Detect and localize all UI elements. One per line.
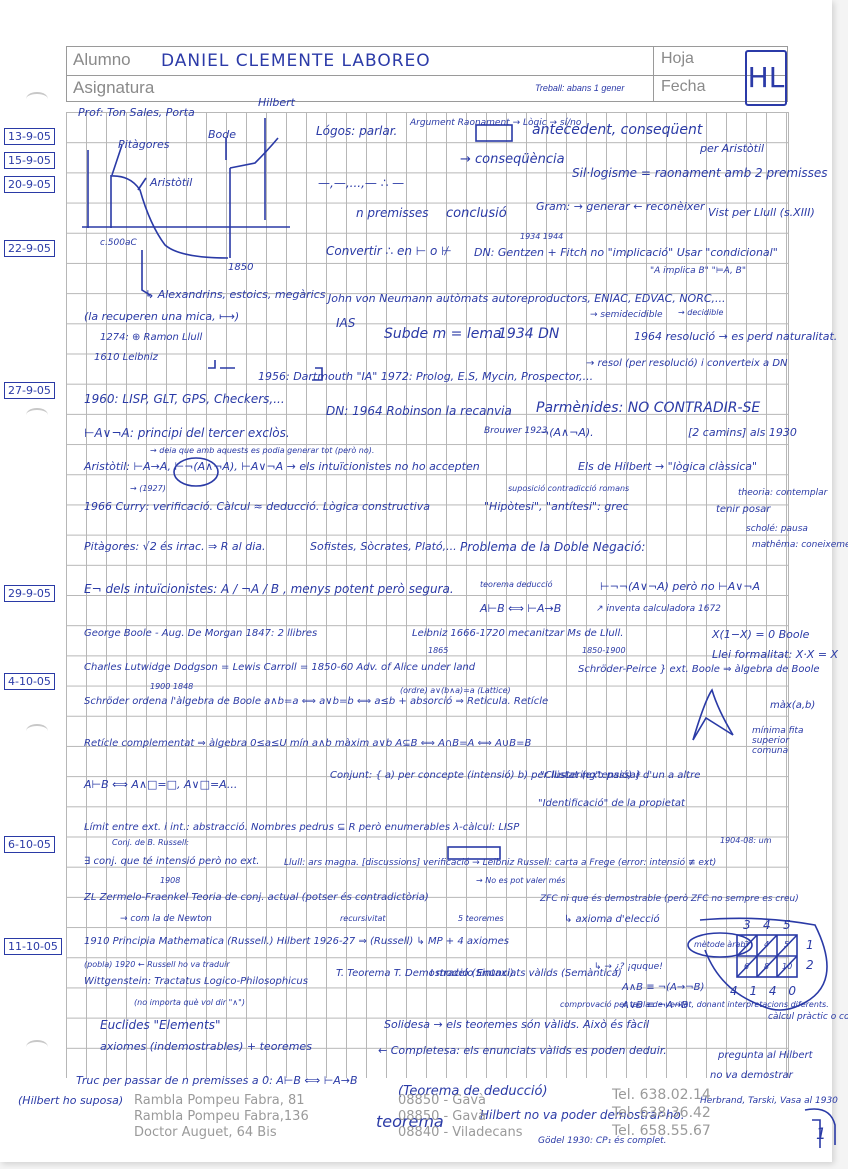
note-line: 1934 DN (498, 326, 559, 342)
footer-cities: 08850 - Gavà 08850 - Gavà 08840 - Vilade… (398, 1093, 522, 1141)
note-line: Convertir ∴ en ⊢ o ⊬ (326, 244, 452, 258)
footer-phone: Tel. 638.02.14 (612, 1086, 711, 1104)
note-line: E¬ dels intuïcionistes: A / ¬A / B , men… (84, 582, 454, 596)
note-line: Solidesa → els teoremes són vàlids. Això… (384, 1018, 649, 1031)
timeline-note: 1274: ⊕ Ramon Llull (100, 332, 202, 343)
note-line: 1910 Principia Mathematica (Russell.) Hi… (84, 936, 509, 947)
note-line: teorema deducció (480, 580, 552, 589)
note-line: X(1−X) = 0 Boole (712, 628, 809, 641)
note-line: Límit entre ext. i int.: abstracció. Nom… (84, 822, 519, 833)
note-line: no va demostrar (710, 1070, 793, 1081)
note-line: DN: Gentzen + Fitch no "implicació" Usar… (474, 246, 778, 259)
note-line: → (1927) (130, 484, 166, 493)
timeline-label-500bc: c.500aC (100, 238, 137, 248)
note-line: → com la de Newton (120, 914, 212, 924)
prof-note: Prof: Ton Sales, Porta (78, 106, 195, 119)
note-line: (no importa què vol dir "∧") (134, 998, 245, 1007)
note-line: (ordre) a∨(b∧a)=a (Lattice) (400, 686, 511, 695)
note-line: "Clustering": passar d'un a altre (540, 770, 700, 781)
footer-phones: Tel. 638.02.14 Tel. 638.36.42 Tel. 658.5… (612, 1086, 711, 1140)
note-line: Charles Lutwidge Dodgson = Lewis Carroll… (84, 662, 475, 673)
footer-phone: Tel. 658.55.67 (612, 1122, 711, 1140)
note-line: Leibniz 1666-1720 mecanitzar Ms de Llull… (412, 628, 623, 639)
note-line: Truc per passar de n premisses a 0: A⊢B … (76, 1074, 358, 1087)
mult-table-cell: 5 (784, 940, 789, 949)
page-number: 1 (816, 1124, 826, 1143)
note-line: Llull: ars magna. [discussions] verifica… (284, 858, 716, 868)
note-line: → No es pot valer més (476, 876, 565, 885)
note-line: 1934 1944 (520, 232, 563, 241)
note-line: A∧B ≡ ¬(A→¬B) (622, 982, 704, 993)
note-line: conclusió (446, 206, 507, 221)
note-line: n premisses (356, 206, 429, 220)
note-line: DN: 1964 Robinson la recanvia (326, 404, 512, 418)
note-line: suposició contradicció romans (508, 484, 629, 493)
note-line: 1865 (428, 646, 448, 655)
note-line: ⊢¬¬(A∨¬A) però no ⊢A∨¬A (600, 580, 760, 593)
mult-table-cell: 8 (764, 962, 769, 971)
footer-addresses: Rambla Pompeu Fabra, 81 Rambla Pompeu Fa… (134, 1093, 309, 1141)
timeline-label-1850: 1850 (228, 262, 253, 273)
note-line: Aristòtil: ⊢A→A, ⊢¬(A∧¬A), ⊢A∨¬A → els i… (84, 460, 480, 473)
note-line: "Identificació" de la propietat (538, 798, 685, 809)
timeline-note: (la recuperen una mica, ⟼) (84, 310, 239, 323)
note-line: 1904-08: um (720, 836, 772, 845)
note-line: Els de Hilbert → "lògica clàssica" (578, 460, 757, 473)
mult-table-header: 3 (743, 918, 751, 932)
note-line: màx(a,b) (770, 700, 815, 711)
note-line: A⊢B ⟺ A∧□=□, A∨□=A... (84, 778, 237, 791)
note-line: → resol (per resolució) i converteix a D… (586, 358, 788, 369)
note-line: Pitàgores: √2 és irrac. ⇒ R al dia. (84, 540, 265, 553)
note-line: Herbrand, Tarski, Vasa al 1930 (700, 1096, 838, 1106)
note-line: càlcul pràctic o com. (768, 1012, 848, 1022)
note-line: recursivitat (340, 914, 386, 923)
mult-table-result: 4 1 4 0 (730, 984, 800, 998)
note-line: antecedent, conseqüent (532, 122, 702, 138)
note-line: tenir posar (716, 504, 770, 515)
mult-table-cell: 6 (744, 962, 749, 971)
footer-address: Rambla Pompeu Fabra, 81 (134, 1093, 309, 1109)
note-line: scholé: pausa (746, 524, 808, 534)
note-line: ⊢A∨¬A: principi del tercer exclòs. (84, 426, 290, 440)
notebook-page: Alumno DANIEL CLEMENTE LABOREO Asignatur… (0, 0, 832, 1162)
note-line: —,—,...,— ∴ — (318, 176, 404, 190)
note-line: (Hilbert ho suposa) (18, 1094, 123, 1107)
note-line: Schröder ordena l'àlgebra de Boole a∧b=a… (84, 696, 548, 707)
note-line: theoria: contemplar (738, 488, 827, 498)
note-line: ↳ → ¿? ¡quque! (594, 962, 663, 972)
note-line: ∃ conj. que té intensió però no ext. (84, 856, 259, 867)
note-line: "A implica B" "⊨A, B" (650, 266, 746, 276)
note-line: Vist per Llull (s.XIII) (708, 206, 815, 219)
note-line: A⊢B ⟺ ⊢A→B (480, 602, 561, 615)
note-line: 1850-1900 (582, 646, 626, 655)
note-line: Parmènides: NO CONTRADIR-SE (536, 400, 760, 416)
note-line: 5 teoremes (458, 914, 504, 923)
note-line: Problema de la Doble Negació: (460, 540, 645, 554)
note-line: Brouwer 1923 (484, 426, 547, 436)
note-line: Wittgenstein: Tractatus Logico-Philosoph… (84, 976, 308, 987)
note-line: ↳ axioma d'elecció (564, 914, 660, 925)
timeline-label-pitagores: Pitàgores (118, 138, 169, 151)
note-line: Conj. de B. Russell: (112, 838, 189, 847)
mult-table-cell: 4 (764, 940, 769, 949)
note-line: ZL Zermelo-Fraenkel Teoria de conj. actu… (84, 892, 429, 903)
timeline-label-hilbert: Hilbert (258, 96, 295, 109)
timeline-label-aristotil: Aristòtil (150, 176, 192, 189)
note-line: A∨B ≡ ¬A→B (622, 1000, 688, 1011)
note-line: → conseqüència (460, 152, 565, 167)
note-line: mínima fita superior comuna (752, 726, 822, 756)
note-line: George Boole - Aug. De Morgan 1847: 2 ll… (84, 628, 317, 639)
note-line: mètode àrab (694, 940, 745, 949)
note-line: ← Completesa: els enunciats vàlids es po… (378, 1044, 667, 1057)
footer-city: 08840 - Viladecans (398, 1125, 522, 1141)
note-line: "Hipòtesi", "antítesi": grec (484, 500, 629, 513)
footer-city: 08850 - Gavà (398, 1109, 522, 1125)
note-line: Gram: → generar ← reconèixer (536, 200, 705, 213)
note-line: pregunta al Hilbert (718, 1050, 813, 1061)
note-line: Llei formalitat: X·X = X (712, 648, 838, 661)
note-line: ↗ inventa calculadora 1672 (596, 604, 721, 614)
timeline-label-bode: Bode (208, 128, 236, 141)
note-line: Sil·logisme = raonament amb 2 premisses (572, 166, 828, 180)
note-line: mathêma: coneixement (752, 540, 848, 550)
footer-address: Rambla Pompeu Fabra,136 (134, 1109, 309, 1125)
footer-city: 08850 - Gavà (398, 1093, 522, 1109)
note-line: → decidible (678, 308, 723, 317)
note-line: 1960: LISP, GLT, GPS, Checkers,... (84, 392, 285, 406)
note-line: Sofistes, Sòcrates, Plató,... (310, 540, 457, 553)
note-line: ¬(A∧¬A). (540, 426, 594, 439)
mult-table-side: 1 (806, 938, 814, 952)
note-line: 1908 (160, 876, 180, 885)
note-line: 1956: Dartmouth "IA" 1972: Prolog, E.S, … (258, 370, 593, 383)
mult-table-header: 5 (783, 918, 791, 932)
mult-table-side: 2 (806, 958, 814, 972)
timeline-note: ↳ Alexandrins, estoics, megàrics (145, 288, 325, 301)
mult-table-cell: 10 (782, 962, 792, 971)
note-line: 1964 resolució → es perd naturalitat. (634, 330, 837, 343)
mult-table-cell: 3 (744, 940, 749, 949)
mult-table-header: 4 (763, 918, 771, 932)
note-line: ZFC ni que és demostrable (però ZFC no s… (540, 894, 799, 904)
footer-phone: Tel. 638.36.42 (612, 1104, 711, 1122)
footer-address: Doctor Auguet, 64 Bis (134, 1125, 309, 1141)
note-line: John von Neumann autòmats autoreproducto… (328, 292, 726, 305)
note-line: → semidecidible (590, 310, 663, 320)
note-line: [2 camins] als 1930 (688, 426, 797, 439)
note-line: comprovació per taula de veritat, donant… (560, 1000, 829, 1009)
note-line: (pobla) 1920 ← Russell ho va traduir (84, 960, 230, 969)
note-line: → deia que amb aquests es podia generar … (150, 446, 374, 455)
note-line: 1900 1848 (150, 682, 193, 691)
note-line: 1966 Curry: verificació. Càlcul ≈ deducc… (84, 500, 430, 513)
note-line: IAS (336, 316, 355, 330)
note-line: per Aristòtil (700, 142, 764, 155)
note-line: Euclides "Elements" (100, 1018, 221, 1032)
note-line: Retícle complementat ⇒ àlgebra 0≤a≤U mín… (84, 738, 531, 749)
note-line: Subde m = lema (384, 326, 502, 342)
note-line: axiomes (indemostrables) + teoremes (100, 1040, 312, 1053)
note-line: Schröder-Peirce } ext. Boole ⇒ àlgebra d… (578, 664, 820, 675)
timeline-note: 1610 Leibniz (94, 352, 158, 363)
note-line: Lógos: parlar. (316, 124, 397, 138)
